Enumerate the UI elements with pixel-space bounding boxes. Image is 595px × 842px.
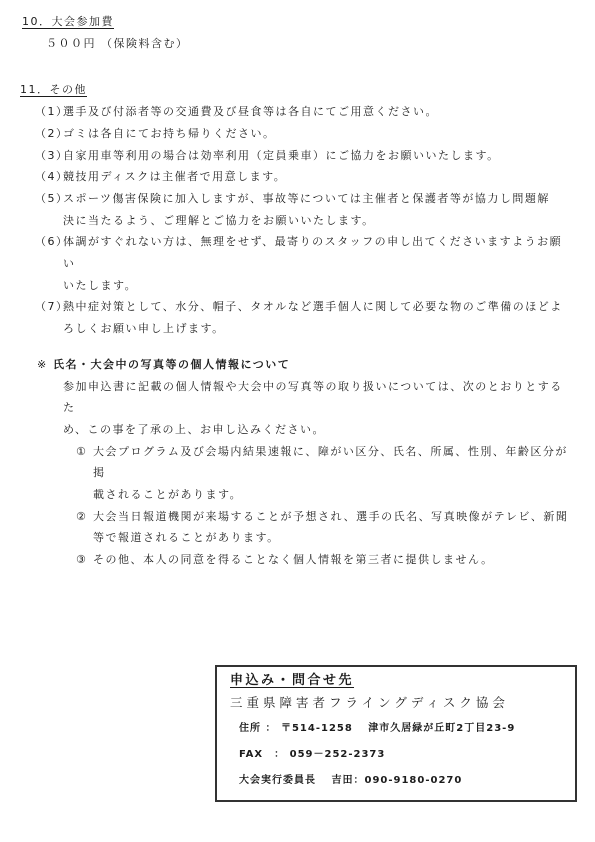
list-item-marker: （3） [35,145,69,167]
privacy-item: ② 大会当日報道機関が来場することが予想され、選手の氏名、写真映像がテレビ、新聞… [0,506,571,549]
list-item: （7） 熱中症対策として、水分、帽子、タオルなど選手個人に関して必要な物のご準備… [0,296,568,339]
fee-amount: ５００円 （保険料含む） [46,33,595,55]
list-item-marker: （1） [35,101,69,123]
list-item: （4） 競技用ディスクは主催者で用意します。 [0,166,568,188]
privacy-intro: 参加申込書に記載の個人情報や大会中の写真等の取り扱いについては、次のとおりとする… [63,376,565,441]
list-item-text: 熱中症対策として、水分、帽子、タオルなど選手個人に関して必要な物のご準備のほどよ… [63,296,568,339]
privacy-item-text: その他、本人の同意を得ることなく個人情報を第三者に提供しません。 [93,549,571,571]
list-item-marker: （5） [35,188,69,210]
reference-mark: ※ [37,354,48,376]
list-item-marker: （6） [35,231,69,253]
privacy-item-text: 大会プログラム及び会場内結果速報に、障がい区分、氏名、所属、性別、年齢区分が掲 … [93,441,571,506]
contact-box: 申込み・問合せ先 三重県障害者フライングディスク協会 住所 ： 〒514-125… [215,665,577,802]
contact-fax: FAX ： 059－252-2373 [239,745,575,765]
other-items-list: （1） 選手及び付添者等の交通費及び昼食等は各自にてご用意ください。 （2） ゴ… [0,101,595,340]
list-item-text: 体調がすぐれない方は、無理をせず、最寄りのスタッフの申し出てくださいますようお願… [63,231,568,296]
list-item-text: ゴミは各自にてお持ち帰りください。 [63,123,568,145]
privacy-item: ① 大会プログラム及び会場内結果速報に、障がい区分、氏名、所属、性別、年齢区分が… [0,441,571,506]
privacy-item: ③ その他、本人の同意を得ることなく個人情報を第三者に提供しません。 [0,549,571,571]
contact-address: 住所 ： 〒514-1258 津市久居緑が丘町2丁目23-9 [239,719,575,739]
circled-number-3: ③ [76,549,87,571]
list-item: （1） 選手及び付添者等の交通費及び昼食等は各自にてご用意ください。 [0,101,568,123]
list-item: （5） スポーツ傷害保険に加入しますが、事故等については主催者と保護者等が協力し… [0,188,568,231]
document-page: 10．大会参加費 ５００円 （保険料含む） 11．その他 （1） 選手及び付添者… [0,0,595,842]
circled-number-1: ① [76,441,87,463]
contact-chair-phone: 大会実行委員長 吉田：090-9180-0270 [239,771,575,791]
list-item: （6） 体調がすぐれない方は、無理をせず、最寄りのスタッフの申し出てくださいます… [0,231,568,296]
contact-box-title: 申込み・問合せ先 [230,671,575,691]
list-item-marker: （4） [35,166,69,188]
list-item-text: 競技用ディスクは主催者で用意します。 [63,166,568,188]
list-item: （3） 自家用車等利用の場合は効率利用（定員乗車）にご協力をお願いいたします。 [0,145,568,167]
section-10-heading: 10．大会参加費 [22,0,595,33]
privacy-section: ※ 氏名・大会中の写真等の個人情報について 参加申込書に記載の個人情報や大会中の… [0,340,595,571]
list-item-marker: （7） [35,296,69,318]
list-item: （2） ゴミは各自にてお持ち帰りください。 [0,123,568,145]
list-item-text: スポーツ傷害保険に加入しますが、事故等については主催者と保護者等が協力し問題解 … [63,188,568,231]
privacy-heading: ※ 氏名・大会中の写真等の個人情報について [0,354,595,376]
list-item-text: 選手及び付添者等の交通費及び昼食等は各自にてご用意ください。 [63,101,568,123]
section-11-heading: 11．その他 [20,54,595,101]
list-item-marker: （2） [35,123,69,145]
circled-number-2: ② [76,506,87,528]
list-item-text: 自家用車等利用の場合は効率利用（定員乗車）にご協力をお願いいたします。 [63,145,568,167]
privacy-item-text: 大会当日報道機関が来場することが予想され、選手の氏名、写真映像がテレビ、新聞 等… [93,506,571,549]
organization-name: 三重県障害者フライングディスク協会 [230,693,575,713]
privacy-heading-text: 氏名・大会中の写真等の個人情報について [53,358,290,371]
